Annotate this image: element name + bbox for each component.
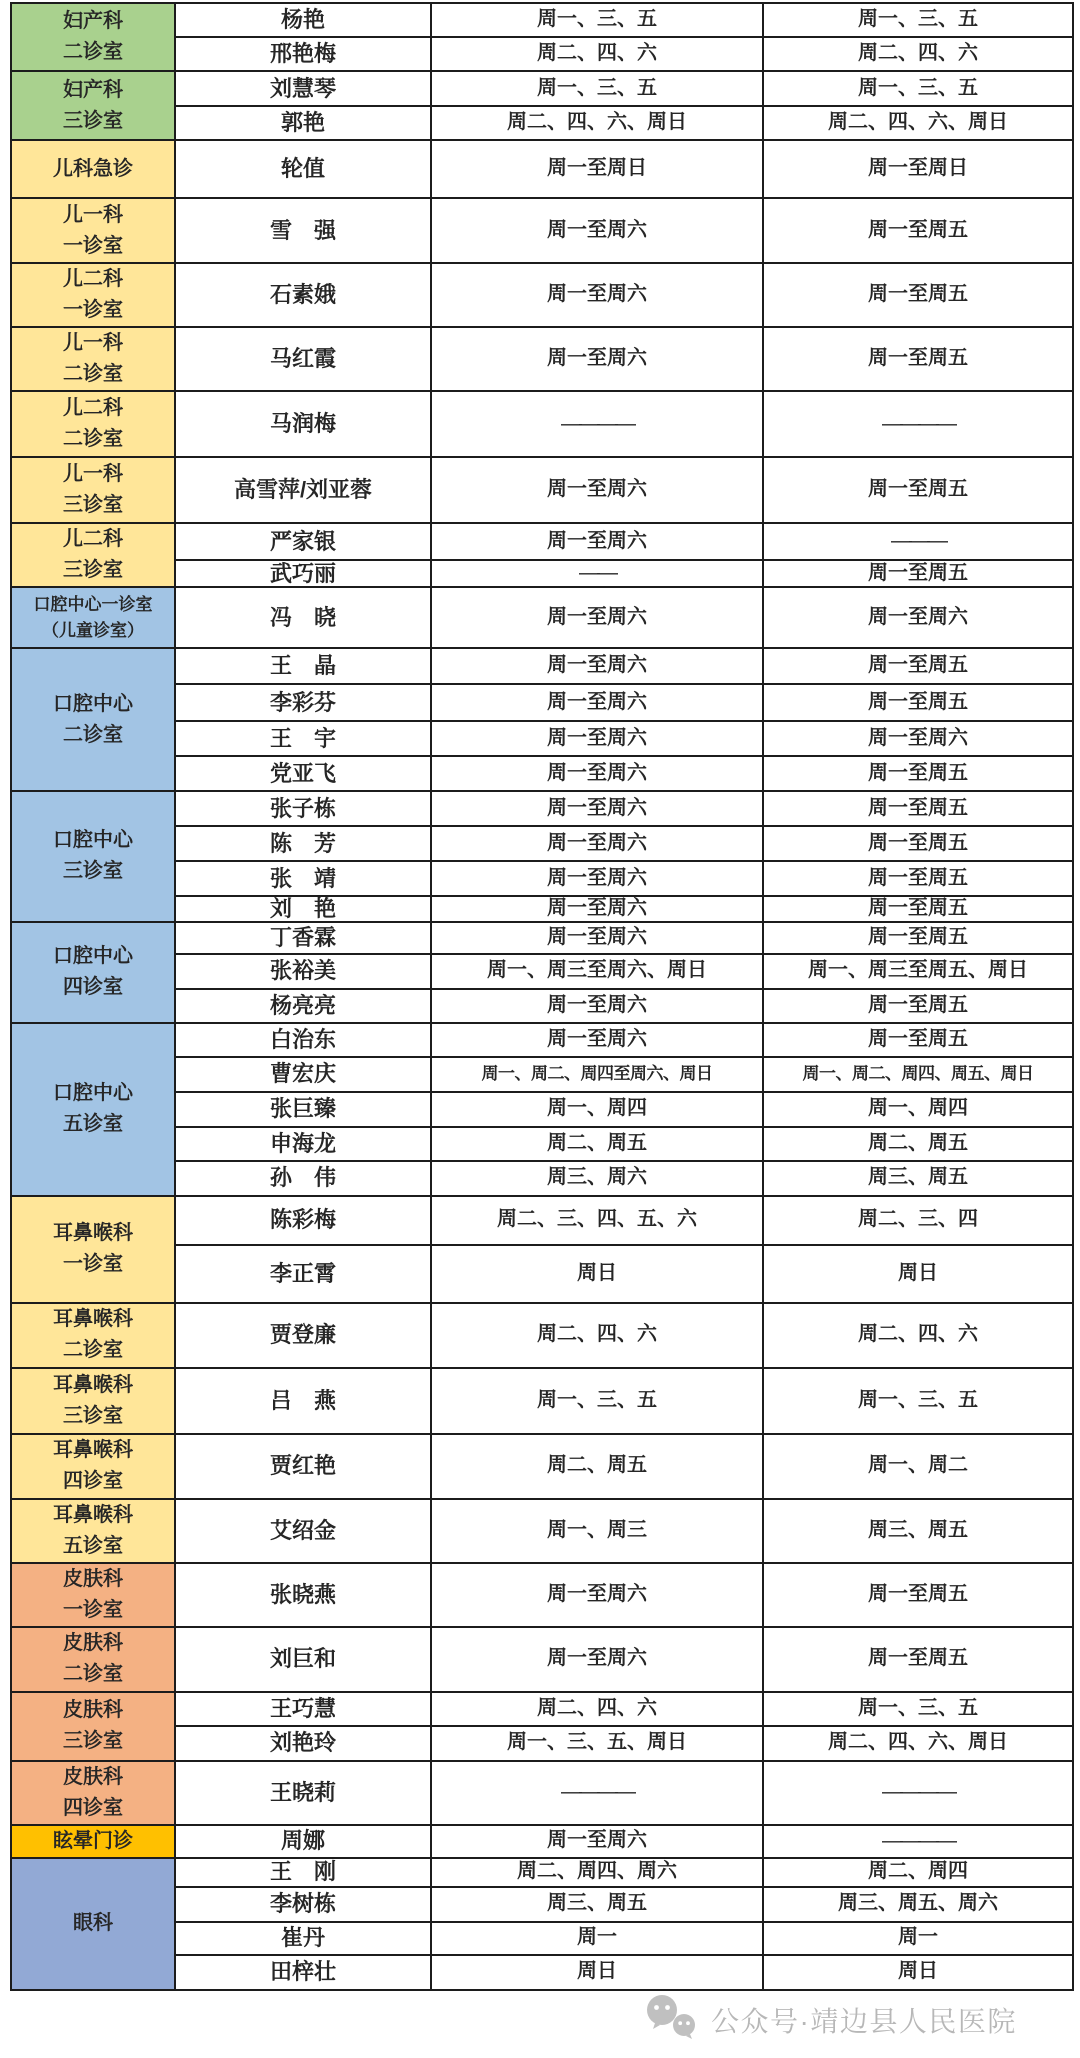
department-cell: 口腔中心二诊室: [11, 648, 175, 791]
department-label: 二诊室: [14, 720, 172, 751]
department-label: 三诊室: [14, 555, 172, 586]
schedule-col2-cell: 周一至周五: [763, 457, 1073, 523]
schedule-col2-cell: 周一至周五: [763, 1023, 1073, 1057]
schedule-col2-cell: 周三、周五: [763, 1161, 1073, 1196]
doctor-name-cell: 王 刚: [175, 1858, 431, 1887]
department-cell: 口腔中心一诊室（儿童诊室）: [11, 587, 175, 648]
schedule-col1-cell: 周一至周六: [431, 721, 763, 756]
department-cell: 妇产科二诊室: [11, 3, 175, 71]
schedule-col1-cell: 周一至周六: [431, 587, 763, 648]
department-cell: 儿二科三诊室: [11, 523, 175, 587]
department-label: 眩晕门诊: [14, 1826, 172, 1857]
doctor-name-cell: 崔丹: [175, 1922, 431, 1955]
department-cell: 儿二科一诊室: [11, 263, 175, 327]
department-label: 一诊室: [14, 295, 172, 326]
doctor-name-cell: 陈 芳: [175, 826, 431, 861]
doctor-name-cell: 王晓莉: [175, 1761, 431, 1825]
table-row: 儿二科一诊室石素娥周一至周六周一至周五: [11, 263, 1073, 327]
schedule-col1-cell: 周一、三、五: [431, 3, 763, 37]
department-label: 儿二科: [14, 524, 172, 555]
department-label: 五诊室: [14, 1109, 172, 1140]
table-row: 儿一科二诊室马红霞周一至周六周一至周五: [11, 327, 1073, 391]
schedule-col1-cell: 周日: [431, 1245, 763, 1303]
schedule-col2-cell: 周一至周五: [763, 756, 1073, 791]
schedule-col2-cell: 周一、三、五: [763, 1692, 1073, 1726]
table-row: 口腔中心一诊室（儿童诊室）冯 晓周一至周六周一至周六: [11, 587, 1073, 648]
doctor-name-cell: 周娜: [175, 1825, 431, 1858]
schedule-col2-cell: 周一、周三至周五、周日: [763, 954, 1073, 989]
table-row: 儿二科二诊室马润梅————————: [11, 391, 1073, 457]
department-cell: 眩晕门诊: [11, 1825, 175, 1858]
schedule-col1-cell: 周一至周六: [431, 826, 763, 861]
doctor-name-cell: 党亚飞: [175, 756, 431, 791]
schedule-col1-cell: 周一至周六: [431, 896, 763, 922]
schedule-col2-cell: 周一至周五: [763, 1563, 1073, 1627]
schedule-col1-cell: 周一至周六: [431, 756, 763, 791]
department-cell: 儿一科三诊室: [11, 457, 175, 523]
department-label: 儿二科: [14, 264, 172, 295]
doctor-name-cell: 田梓壮: [175, 1955, 431, 1990]
department-cell: 皮肤科二诊室: [11, 1627, 175, 1692]
department-label: 皮肤科: [14, 1564, 172, 1595]
department-cell: 儿二科二诊室: [11, 391, 175, 457]
table-row: 妇产科二诊室杨艳周一、三、五周一、三、五: [11, 3, 1073, 37]
doctor-name-cell: 贾红艳: [175, 1434, 431, 1499]
department-label: 一诊室: [14, 231, 172, 262]
doctor-name-cell: 陈彩梅: [175, 1196, 431, 1245]
table-row: 耳鼻喉科三诊室吕 燕周一、三、五周一、三、五: [11, 1368, 1073, 1434]
department-label: 儿一科: [14, 328, 172, 359]
department-cell: 妇产科三诊室: [11, 71, 175, 140]
department-cell: 儿科急诊: [11, 140, 175, 198]
department-label: 皮肤科: [14, 1628, 172, 1659]
schedule-table-body: 妇产科二诊室杨艳周一、三、五周一、三、五邢艳梅周二、四、六周二、四、六妇产科三诊…: [11, 3, 1073, 1990]
schedule-col2-cell: 周一至周日: [763, 140, 1073, 198]
schedule-col1-cell: 周二、四、六: [431, 1303, 763, 1368]
schedule-col1-cell: 周一至周六: [431, 457, 763, 523]
doctor-name-cell: 孙 伟: [175, 1161, 431, 1196]
schedule-col1-cell: 周一、周二、周四至周六、周日: [431, 1057, 763, 1092]
department-cell: 耳鼻喉科四诊室: [11, 1434, 175, 1499]
doctor-name-cell: 丁香霖: [175, 922, 431, 954]
schedule-col1-cell: 周一、周四: [431, 1092, 763, 1127]
doctor-name-cell: 李正霄: [175, 1245, 431, 1303]
department-cell: 口腔中心五诊室: [11, 1023, 175, 1196]
watermark: 公众号·靖边县人民医院: [645, 1994, 1017, 2045]
doctor-name-cell: 雪 强: [175, 198, 431, 263]
table-row: 皮肤科四诊室王晓莉————————: [11, 1761, 1073, 1825]
table-row: 妇产科三诊室刘慧琴周一、三、五周一、三、五: [11, 71, 1073, 106]
schedule-col1-cell: 周一至周六: [431, 1563, 763, 1627]
doctor-name-cell: 冯 晓: [175, 587, 431, 648]
schedule-col2-cell: 周二、三、四: [763, 1196, 1073, 1245]
table-row: 儿一科一诊室雪 强周一至周六周一至周五: [11, 198, 1073, 263]
department-label: 耳鼻喉科: [14, 1500, 172, 1531]
department-label: 三诊室: [14, 490, 172, 521]
schedule-table: 妇产科二诊室杨艳周一、三、五周一、三、五邢艳梅周二、四、六周二、四、六妇产科三诊…: [10, 2, 1074, 1991]
schedule-col1-cell: 周二、四、六: [431, 37, 763, 71]
department-label: 三诊室: [14, 1726, 172, 1757]
doctor-name-cell: 张巨臻: [175, 1092, 431, 1127]
schedule-col2-cell: 周一至周五: [763, 826, 1073, 861]
department-label: 四诊室: [14, 972, 172, 1003]
doctor-name-cell: 李彩芬: [175, 684, 431, 721]
department-label: 口腔中心: [14, 689, 172, 720]
department-label: 二诊室: [14, 424, 172, 455]
department-label: 眼科: [14, 1908, 172, 1939]
table-row: 耳鼻喉科二诊室贾登廉周二、四、六周二、四、六: [11, 1303, 1073, 1368]
department-cell: 口腔中心三诊室: [11, 791, 175, 922]
department-label: （儿童诊室）: [14, 618, 172, 644]
schedule-col1-cell: ——: [431, 560, 763, 587]
doctor-name-cell: 武巧丽: [175, 560, 431, 587]
schedule-col1-cell: 周一至周六: [431, 791, 763, 826]
department-cell: 耳鼻喉科二诊室: [11, 1303, 175, 1368]
schedule-col1-cell: 周日: [431, 1955, 763, 1990]
schedule-col2-cell: 周一至周五: [763, 896, 1073, 922]
table-row: 儿科急诊轮值周一至周日周一至周日: [11, 140, 1073, 198]
schedule-col2-cell: 周二、周五: [763, 1127, 1073, 1161]
table-row: 耳鼻喉科五诊室艾绍金周一、周三周三、周五: [11, 1499, 1073, 1563]
schedule-col2-cell: 周一至周五: [763, 684, 1073, 721]
schedule-col2-cell: 周一、周二、周四、周五、周日: [763, 1057, 1073, 1092]
schedule-col1-cell: 周一至周六: [431, 648, 763, 684]
schedule-col1-cell: 周一、周三: [431, 1499, 763, 1563]
doctor-name-cell: 刘艳玲: [175, 1726, 431, 1761]
table-row: 儿一科三诊室高雪萍/刘亚蓉周一至周六周一至周五: [11, 457, 1073, 523]
department-label: 四诊室: [14, 1466, 172, 1497]
schedule-col1-cell: 周一至周六: [431, 922, 763, 954]
doctor-name-cell: 高雪萍/刘亚蓉: [175, 457, 431, 523]
department-label: 三诊室: [14, 1401, 172, 1432]
department-label: 皮肤科: [14, 1762, 172, 1793]
schedule-col1-cell: 周一至周六: [431, 198, 763, 263]
schedule-col2-cell: 周一: [763, 1922, 1073, 1955]
schedule-col2-cell: ————: [763, 1825, 1073, 1858]
schedule-col2-cell: 周一、周四: [763, 1092, 1073, 1127]
table-row: 皮肤科一诊室张晓燕周一至周六周一至周五: [11, 1563, 1073, 1627]
schedule-col2-cell: 周一至周五: [763, 791, 1073, 826]
department-label: 二诊室: [14, 1335, 172, 1366]
department-label: 儿一科: [14, 200, 172, 231]
schedule-col2-cell: 周一至周五: [763, 198, 1073, 263]
department-cell: 儿一科一诊室: [11, 198, 175, 263]
department-cell: 口腔中心四诊室: [11, 922, 175, 1023]
department-label: 耳鼻喉科: [14, 1218, 172, 1249]
schedule-col1-cell: 周二、周四、周六: [431, 1858, 763, 1887]
schedule-col2-cell: 周一至周五: [763, 1627, 1073, 1692]
department-label: 耳鼻喉科: [14, 1435, 172, 1466]
table-row: 口腔中心三诊室张子栋周一至周六周一至周五: [11, 791, 1073, 826]
schedule-col1-cell: 周一至周六: [431, 1023, 763, 1057]
department-label: 口腔中心一诊室: [14, 592, 172, 618]
table-row: 眼科王 刚周二、周四、周六周二、周四: [11, 1858, 1073, 1887]
table-row: 口腔中心五诊室白治东周一至周六周一至周五: [11, 1023, 1073, 1057]
doctor-name-cell: 张晓燕: [175, 1563, 431, 1627]
schedule-col2-cell: 周三、周五: [763, 1499, 1073, 1563]
department-cell: 眼科: [11, 1858, 175, 1990]
doctor-name-cell: 曹宏庆: [175, 1057, 431, 1092]
schedule-col2-cell: 周二、四、六、周日: [763, 1726, 1073, 1761]
department-label: 儿一科: [14, 459, 172, 490]
schedule-col1-cell: 周一至周六: [431, 989, 763, 1023]
schedule-col1-cell: 周二、周五: [431, 1434, 763, 1499]
schedule-col1-cell: 周二、四、六: [431, 1692, 763, 1726]
schedule-col2-cell: 周一、三、五: [763, 71, 1073, 106]
schedule-col1-cell: 周一至周六: [431, 327, 763, 391]
doctor-name-cell: 王巧慧: [175, 1692, 431, 1726]
department-label: 四诊室: [14, 1793, 172, 1824]
schedule-col2-cell: 周一至周六: [763, 721, 1073, 756]
doctor-name-cell: 严家银: [175, 523, 431, 560]
department-label: 口腔中心: [14, 941, 172, 972]
doctor-name-cell: 杨艳: [175, 3, 431, 37]
schedule-col2-cell: ————: [763, 1761, 1073, 1825]
schedule-col1-cell: 周三、周五: [431, 1887, 763, 1922]
table-row: 儿二科三诊室严家银周一至周六———: [11, 523, 1073, 560]
department-cell: 耳鼻喉科一诊室: [11, 1196, 175, 1303]
table-row: 耳鼻喉科四诊室贾红艳周二、周五周一、周二: [11, 1434, 1073, 1499]
schedule-col2-cell: 周一至周五: [763, 922, 1073, 954]
schedule-col2-cell: 周一至周五: [763, 263, 1073, 327]
department-label: 一诊室: [14, 1595, 172, 1626]
schedule-col1-cell: ————: [431, 1761, 763, 1825]
schedule-table-wrapper: 妇产科二诊室杨艳周一、三、五周一、三、五邢艳梅周二、四、六周二、四、六妇产科三诊…: [10, 2, 1072, 1991]
doctor-name-cell: 贾登廉: [175, 1303, 431, 1368]
schedule-col1-cell: 周二、周五: [431, 1127, 763, 1161]
department-cell: 皮肤科一诊室: [11, 1563, 175, 1627]
doctor-name-cell: 张子栋: [175, 791, 431, 826]
doctor-name-cell: 艾绍金: [175, 1499, 431, 1563]
table-row: 口腔中心二诊室王 晶周一至周六周一至周五: [11, 648, 1073, 684]
doctor-name-cell: 马红霞: [175, 327, 431, 391]
schedule-col1-cell: ————: [431, 391, 763, 457]
department-label: 口腔中心: [14, 1078, 172, 1109]
schedule-col2-cell: 周一至周五: [763, 648, 1073, 684]
department-cell: 儿一科二诊室: [11, 327, 175, 391]
department-label: 三诊室: [14, 106, 172, 137]
department-cell: 皮肤科四诊室: [11, 1761, 175, 1825]
schedule-col2-cell: 周二、周四: [763, 1858, 1073, 1887]
department-label: 儿科急诊: [14, 154, 172, 185]
schedule-col2-cell: 周一至周五: [763, 989, 1073, 1023]
schedule-col2-cell: 周二、四、六: [763, 37, 1073, 71]
schedule-col2-cell: 周二、四、六、周日: [763, 106, 1073, 140]
table-row: 皮肤科三诊室王巧慧周二、四、六周一、三、五: [11, 1692, 1073, 1726]
doctor-name-cell: 王 晶: [175, 648, 431, 684]
schedule-col2-cell: 周日: [763, 1955, 1073, 1990]
schedule-col1-cell: 周一: [431, 1922, 763, 1955]
doctor-name-cell: 张 靖: [175, 861, 431, 896]
doctor-name-cell: 杨亮亮: [175, 989, 431, 1023]
schedule-col2-cell: 周一至周五: [763, 327, 1073, 391]
doctor-name-cell: 申海龙: [175, 1127, 431, 1161]
schedule-col1-cell: 周一至周日: [431, 140, 763, 198]
department-label: 儿二科: [14, 393, 172, 424]
doctor-name-cell: 邢艳梅: [175, 37, 431, 71]
doctor-name-cell: 白治东: [175, 1023, 431, 1057]
schedule-col1-cell: 周一至周六: [431, 684, 763, 721]
schedule-col2-cell: 周一、三、五: [763, 1368, 1073, 1434]
schedule-col2-cell: 周一至周五: [763, 560, 1073, 587]
department-label: 五诊室: [14, 1531, 172, 1562]
department-label: 二诊室: [14, 359, 172, 390]
department-label: 口腔中心: [14, 825, 172, 856]
doctor-name-cell: 轮值: [175, 140, 431, 198]
department-label: 二诊室: [14, 1659, 172, 1690]
schedule-col2-cell: 周三、周五、周六: [763, 1887, 1073, 1922]
table-row: 眩晕门诊周娜周一至周六————: [11, 1825, 1073, 1858]
hospital-schedule-page: 妇产科二诊室杨艳周一、三、五周一、三、五邢艳梅周二、四、六周二、四、六妇产科三诊…: [0, 0, 1080, 2058]
wechat-official-account-icon: [645, 1994, 699, 2045]
watermark-text: 公众号·靖边县人民医院: [711, 2000, 1017, 2040]
department-label: 妇产科: [14, 75, 172, 106]
doctor-name-cell: 张裕美: [175, 954, 431, 989]
department-label: 妇产科: [14, 6, 172, 37]
schedule-col1-cell: 周一、三、五: [431, 1368, 763, 1434]
doctor-name-cell: 刘慧琴: [175, 71, 431, 106]
schedule-col2-cell: 周日: [763, 1245, 1073, 1303]
department-label: 耳鼻喉科: [14, 1370, 172, 1401]
schedule-col1-cell: 周一至周六: [431, 861, 763, 896]
department-label: 一诊室: [14, 1249, 172, 1280]
department-cell: 耳鼻喉科五诊室: [11, 1499, 175, 1563]
doctor-name-cell: 李树栋: [175, 1887, 431, 1922]
schedule-col1-cell: 周一至周六: [431, 263, 763, 327]
schedule-col1-cell: 周二、三、四、五、六: [431, 1196, 763, 1245]
schedule-col1-cell: 周一、三、五: [431, 71, 763, 106]
schedule-col2-cell: ———: [763, 523, 1073, 560]
schedule-col2-cell: 周一、三、五: [763, 3, 1073, 37]
schedule-col2-cell: 周一至周六: [763, 587, 1073, 648]
schedule-col1-cell: 周一、周三至周六、周日: [431, 954, 763, 989]
schedule-col1-cell: 周一至周六: [431, 1825, 763, 1858]
department-label: 三诊室: [14, 856, 172, 887]
department-cell: 耳鼻喉科三诊室: [11, 1368, 175, 1434]
department-label: 二诊室: [14, 37, 172, 68]
schedule-col1-cell: 周二、四、六、周日: [431, 106, 763, 140]
table-row: 口腔中心四诊室丁香霖周一至周六周一至周五: [11, 922, 1073, 954]
doctor-name-cell: 刘巨和: [175, 1627, 431, 1692]
doctor-name-cell: 石素娥: [175, 263, 431, 327]
schedule-col2-cell: 周一、周二: [763, 1434, 1073, 1499]
schedule-col1-cell: 周一、三、五、周日: [431, 1726, 763, 1761]
table-row: 皮肤科二诊室刘巨和周一至周六周一至周五: [11, 1627, 1073, 1692]
doctor-name-cell: 马润梅: [175, 391, 431, 457]
schedule-col1-cell: 周三、周六: [431, 1161, 763, 1196]
schedule-col1-cell: 周一至周六: [431, 523, 763, 560]
department-cell: 皮肤科三诊室: [11, 1692, 175, 1761]
table-row: 耳鼻喉科一诊室陈彩梅周二、三、四、五、六周二、三、四: [11, 1196, 1073, 1245]
schedule-col1-cell: 周一至周六: [431, 1627, 763, 1692]
doctor-name-cell: 郭艳: [175, 106, 431, 140]
doctor-name-cell: 刘 艳: [175, 896, 431, 922]
schedule-col2-cell: 周二、四、六: [763, 1303, 1073, 1368]
schedule-col2-cell: 周一至周五: [763, 861, 1073, 896]
schedule-col2-cell: ————: [763, 391, 1073, 457]
department-label: 皮肤科: [14, 1695, 172, 1726]
doctor-name-cell: 王 宇: [175, 721, 431, 756]
doctor-name-cell: 吕 燕: [175, 1368, 431, 1434]
department-label: 耳鼻喉科: [14, 1304, 172, 1335]
